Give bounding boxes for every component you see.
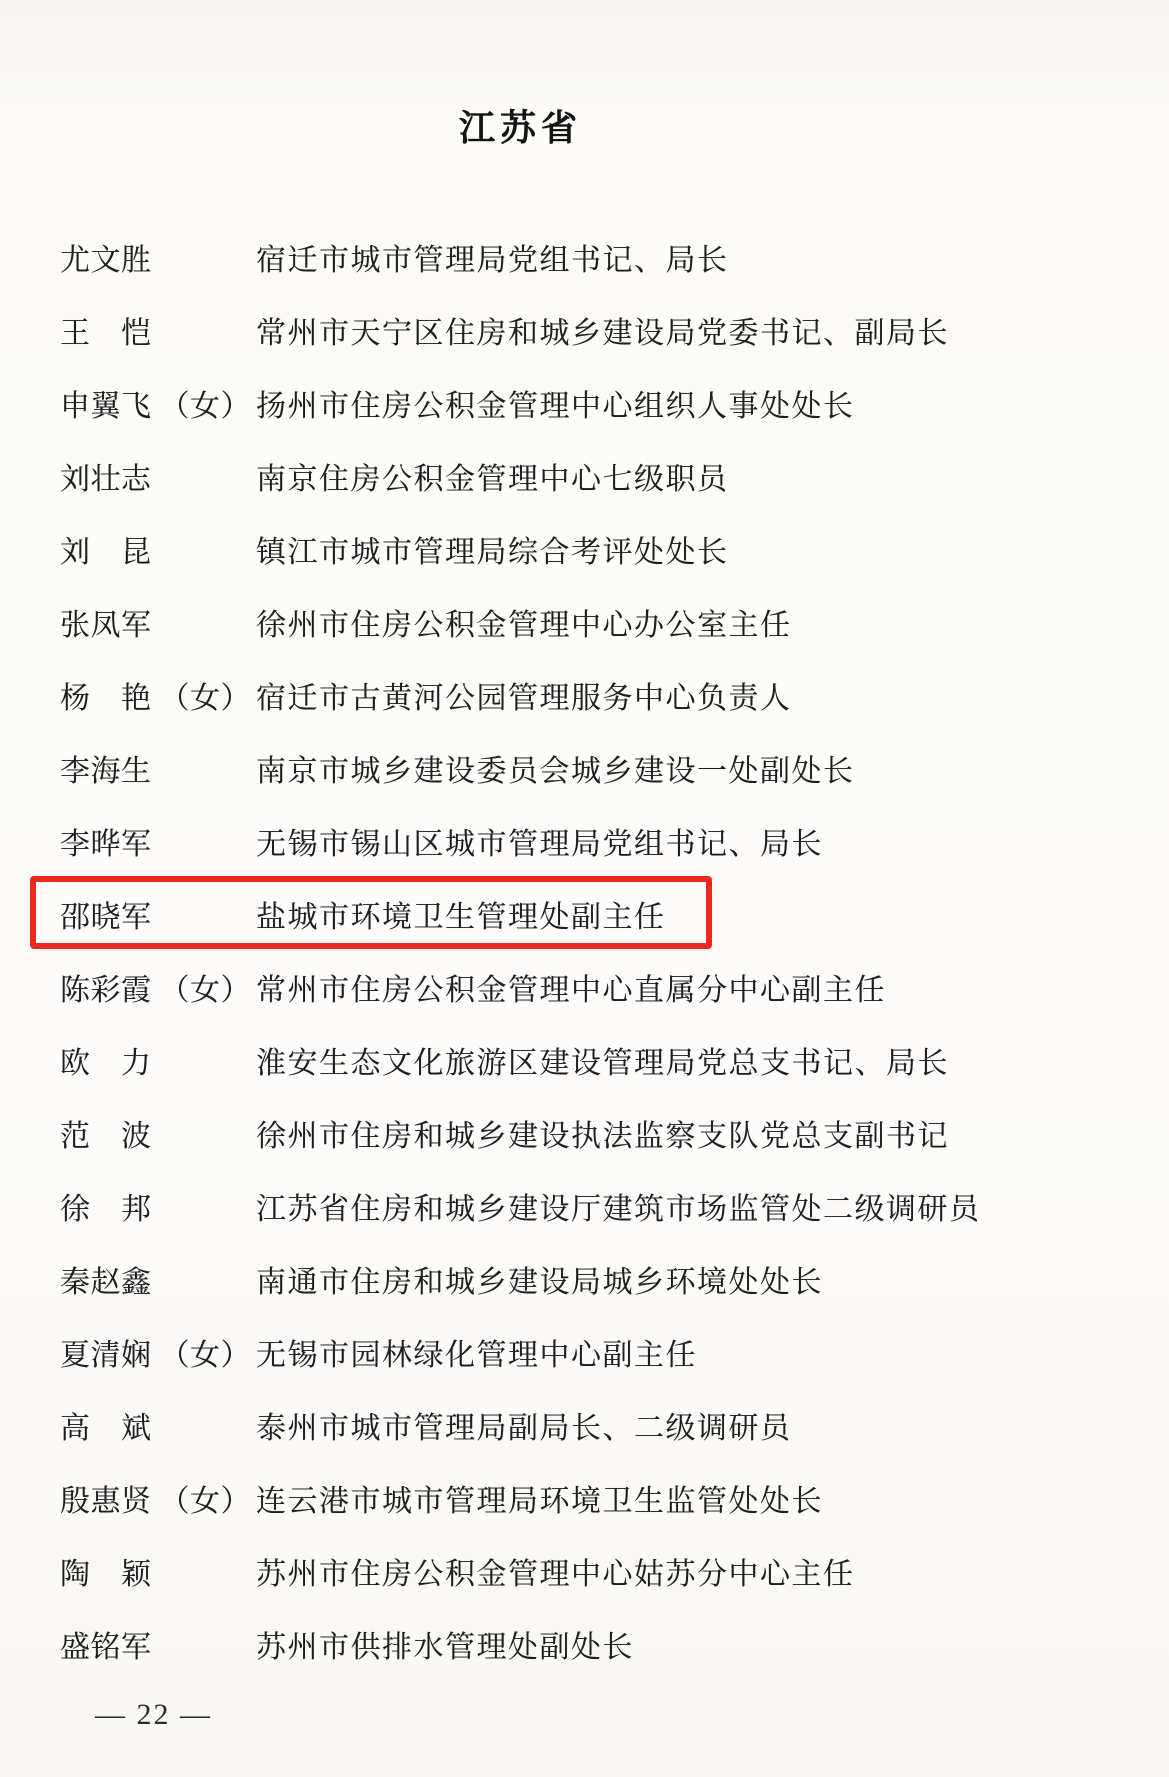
person-position: 宿迁市古黄河公园管理服务中心负责人 xyxy=(256,673,792,717)
page-number: — 22 — xyxy=(95,1698,212,1732)
table-row: 欧 力 淮安生态文化旅游区建设管理局党总支书记、局长 xyxy=(60,1023,1144,1096)
name-cell: 陈彩霞 （女） xyxy=(60,965,256,1009)
table-row: 徐 邦 江苏省住房和城乡建设厅建筑市场监管处二级调研员 xyxy=(60,1169,1144,1242)
person-name: 张凤军 xyxy=(60,600,152,644)
person-name: 刘壮志 xyxy=(60,454,152,498)
person-position: 无锡市园林绿化管理中心副主任 xyxy=(256,1330,697,1374)
gender-label: （女） xyxy=(160,965,252,1009)
name-cell: 王 恺 xyxy=(60,308,256,352)
name-cell: 邵晓军 xyxy=(60,892,256,936)
gender-label: （女） xyxy=(160,1330,252,1374)
person-name: 刘 昆 xyxy=(60,527,152,571)
person-name: 李海生 xyxy=(60,746,152,790)
name-cell: 范 波 xyxy=(60,1111,256,1155)
person-position: 苏州市供排水管理处副处长 xyxy=(256,1622,634,1666)
person-position: 盐城市环境卫生管理处副主任 xyxy=(256,892,666,936)
person-position: 徐州市住房和城乡建设执法监察支队党总支副书记 xyxy=(256,1111,949,1155)
person-name: 夏清娴 xyxy=(60,1330,152,1374)
name-cell: 盛铭军 xyxy=(60,1622,256,1666)
name-cell: 殷惠贤 （女） xyxy=(60,1476,256,1520)
table-row: 夏清娴 （女） 无锡市园林绿化管理中心副主任 xyxy=(60,1315,1144,1388)
table-row: 盛铭军 苏州市供排水管理处副处长 xyxy=(60,1607,1144,1680)
person-name: 盛铭军 xyxy=(60,1622,152,1666)
table-row: 殷惠贤 （女） 连云港市城市管理局环境卫生监管处处长 xyxy=(60,1461,1144,1534)
person-name: 欧 力 xyxy=(60,1038,152,1082)
name-cell: 陶 颖 xyxy=(60,1549,256,1593)
name-cell: 李海生 xyxy=(60,746,256,790)
honor-roll-list: 尤文胜 宿迁市城市管理局党组书记、局长 王 恺 常州市天宁区住房和城乡建设局党委… xyxy=(60,220,1144,1680)
person-name: 徐 邦 xyxy=(60,1184,152,1228)
name-cell: 徐 邦 xyxy=(60,1184,256,1228)
gender-label: （女） xyxy=(160,1476,252,1520)
table-row: 尤文胜 宿迁市城市管理局党组书记、局长 xyxy=(60,220,1144,293)
person-name: 高 斌 xyxy=(60,1403,152,1447)
person-position: 苏州市住房公积金管理中心姑苏分中心主任 xyxy=(256,1549,855,1593)
person-position: 扬州市住房公积金管理中心组织人事处处长 xyxy=(256,381,855,425)
name-cell: 尤文胜 xyxy=(60,235,256,279)
person-name: 邵晓军 xyxy=(60,892,152,936)
name-cell: 夏清娴 （女） xyxy=(60,1330,256,1374)
gender-label: （女） xyxy=(160,381,252,425)
person-position: 镇江市城市管理局综合考评处处长 xyxy=(256,527,729,571)
table-row: 秦赵鑫 南通市住房和城乡建设局城乡环境处处长 xyxy=(60,1242,1144,1315)
person-name: 申翼飞 xyxy=(60,381,152,425)
table-row: 杨 艳 （女） 宿迁市古黄河公园管理服务中心负责人 xyxy=(60,658,1144,731)
table-row: 李晔军 无锡市锡山区城市管理局党组书记、局长 xyxy=(60,804,1144,877)
person-position: 南京住房公积金管理中心七级职员 xyxy=(256,454,729,498)
table-row: 邵晓军 盐城市环境卫生管理处副主任 xyxy=(60,877,1144,950)
person-name: 王 恺 xyxy=(60,308,152,352)
table-row: 范 波 徐州市住房和城乡建设执法监察支队党总支副书记 xyxy=(60,1096,1144,1169)
document-page: 江苏省 尤文胜 宿迁市城市管理局党组书记、局长 王 恺 常州市天宁区住房和城乡建… xyxy=(0,0,1169,1777)
person-position: 常州市天宁区住房和城乡建设局党委书记、副局长 xyxy=(256,308,949,352)
person-position: 江苏省住房和城乡建设厅建筑市场监管处二级调研员 xyxy=(256,1184,981,1228)
person-name: 陶 颖 xyxy=(60,1549,152,1593)
name-cell: 欧 力 xyxy=(60,1038,256,1082)
gender-label: （女） xyxy=(160,673,252,717)
name-cell: 李晔军 xyxy=(60,819,256,863)
person-position: 淮安生态文化旅游区建设管理局党总支书记、局长 xyxy=(256,1038,949,1082)
person-position: 南京市城乡建设委员会城乡建设一处副处长 xyxy=(256,746,855,790)
table-row: 李海生 南京市城乡建设委员会城乡建设一处副处长 xyxy=(60,731,1144,804)
table-row: 申翼飞 （女） 扬州市住房公积金管理中心组织人事处处长 xyxy=(60,366,1144,439)
table-row: 刘壮志 南京住房公积金管理中心七级职员 xyxy=(60,439,1144,512)
person-name: 李晔军 xyxy=(60,819,152,863)
page-title: 江苏省 xyxy=(0,100,1041,151)
person-position: 泰州市城市管理局副局长、二级调研员 xyxy=(256,1403,792,1447)
name-cell: 刘壮志 xyxy=(60,454,256,498)
person-position: 徐州市住房公积金管理中心办公室主任 xyxy=(256,600,792,644)
name-cell: 张凤军 xyxy=(60,600,256,644)
person-name: 范 波 xyxy=(60,1111,152,1155)
person-position: 宿迁市城市管理局党组书记、局长 xyxy=(256,235,729,279)
table-row: 高 斌 泰州市城市管理局副局长、二级调研员 xyxy=(60,1388,1144,1461)
person-name: 殷惠贤 xyxy=(60,1476,152,1520)
person-position: 无锡市锡山区城市管理局党组书记、局长 xyxy=(256,819,823,863)
person-position: 南通市住房和城乡建设局城乡环境处处长 xyxy=(256,1257,823,1301)
table-row: 刘 昆 镇江市城市管理局综合考评处处长 xyxy=(60,512,1144,585)
person-position: 连云港市城市管理局环境卫生监管处处长 xyxy=(256,1476,823,1520)
name-cell: 杨 艳 （女） xyxy=(60,673,256,717)
name-cell: 高 斌 xyxy=(60,1403,256,1447)
person-name: 杨 艳 xyxy=(60,673,152,717)
table-row: 王 恺 常州市天宁区住房和城乡建设局党委书记、副局长 xyxy=(60,293,1144,366)
person-name: 秦赵鑫 xyxy=(60,1257,152,1301)
table-row: 陶 颖 苏州市住房公积金管理中心姑苏分中心主任 xyxy=(60,1534,1144,1607)
name-cell: 秦赵鑫 xyxy=(60,1257,256,1301)
person-name: 尤文胜 xyxy=(60,235,152,279)
table-row: 陈彩霞 （女） 常州市住房公积金管理中心直属分中心副主任 xyxy=(60,950,1144,1023)
person-name: 陈彩霞 xyxy=(60,965,152,1009)
person-position: 常州市住房公积金管理中心直属分中心副主任 xyxy=(256,965,886,1009)
table-row: 张凤军 徐州市住房公积金管理中心办公室主任 xyxy=(60,585,1144,658)
name-cell: 刘 昆 xyxy=(60,527,256,571)
name-cell: 申翼飞 （女） xyxy=(60,381,256,425)
